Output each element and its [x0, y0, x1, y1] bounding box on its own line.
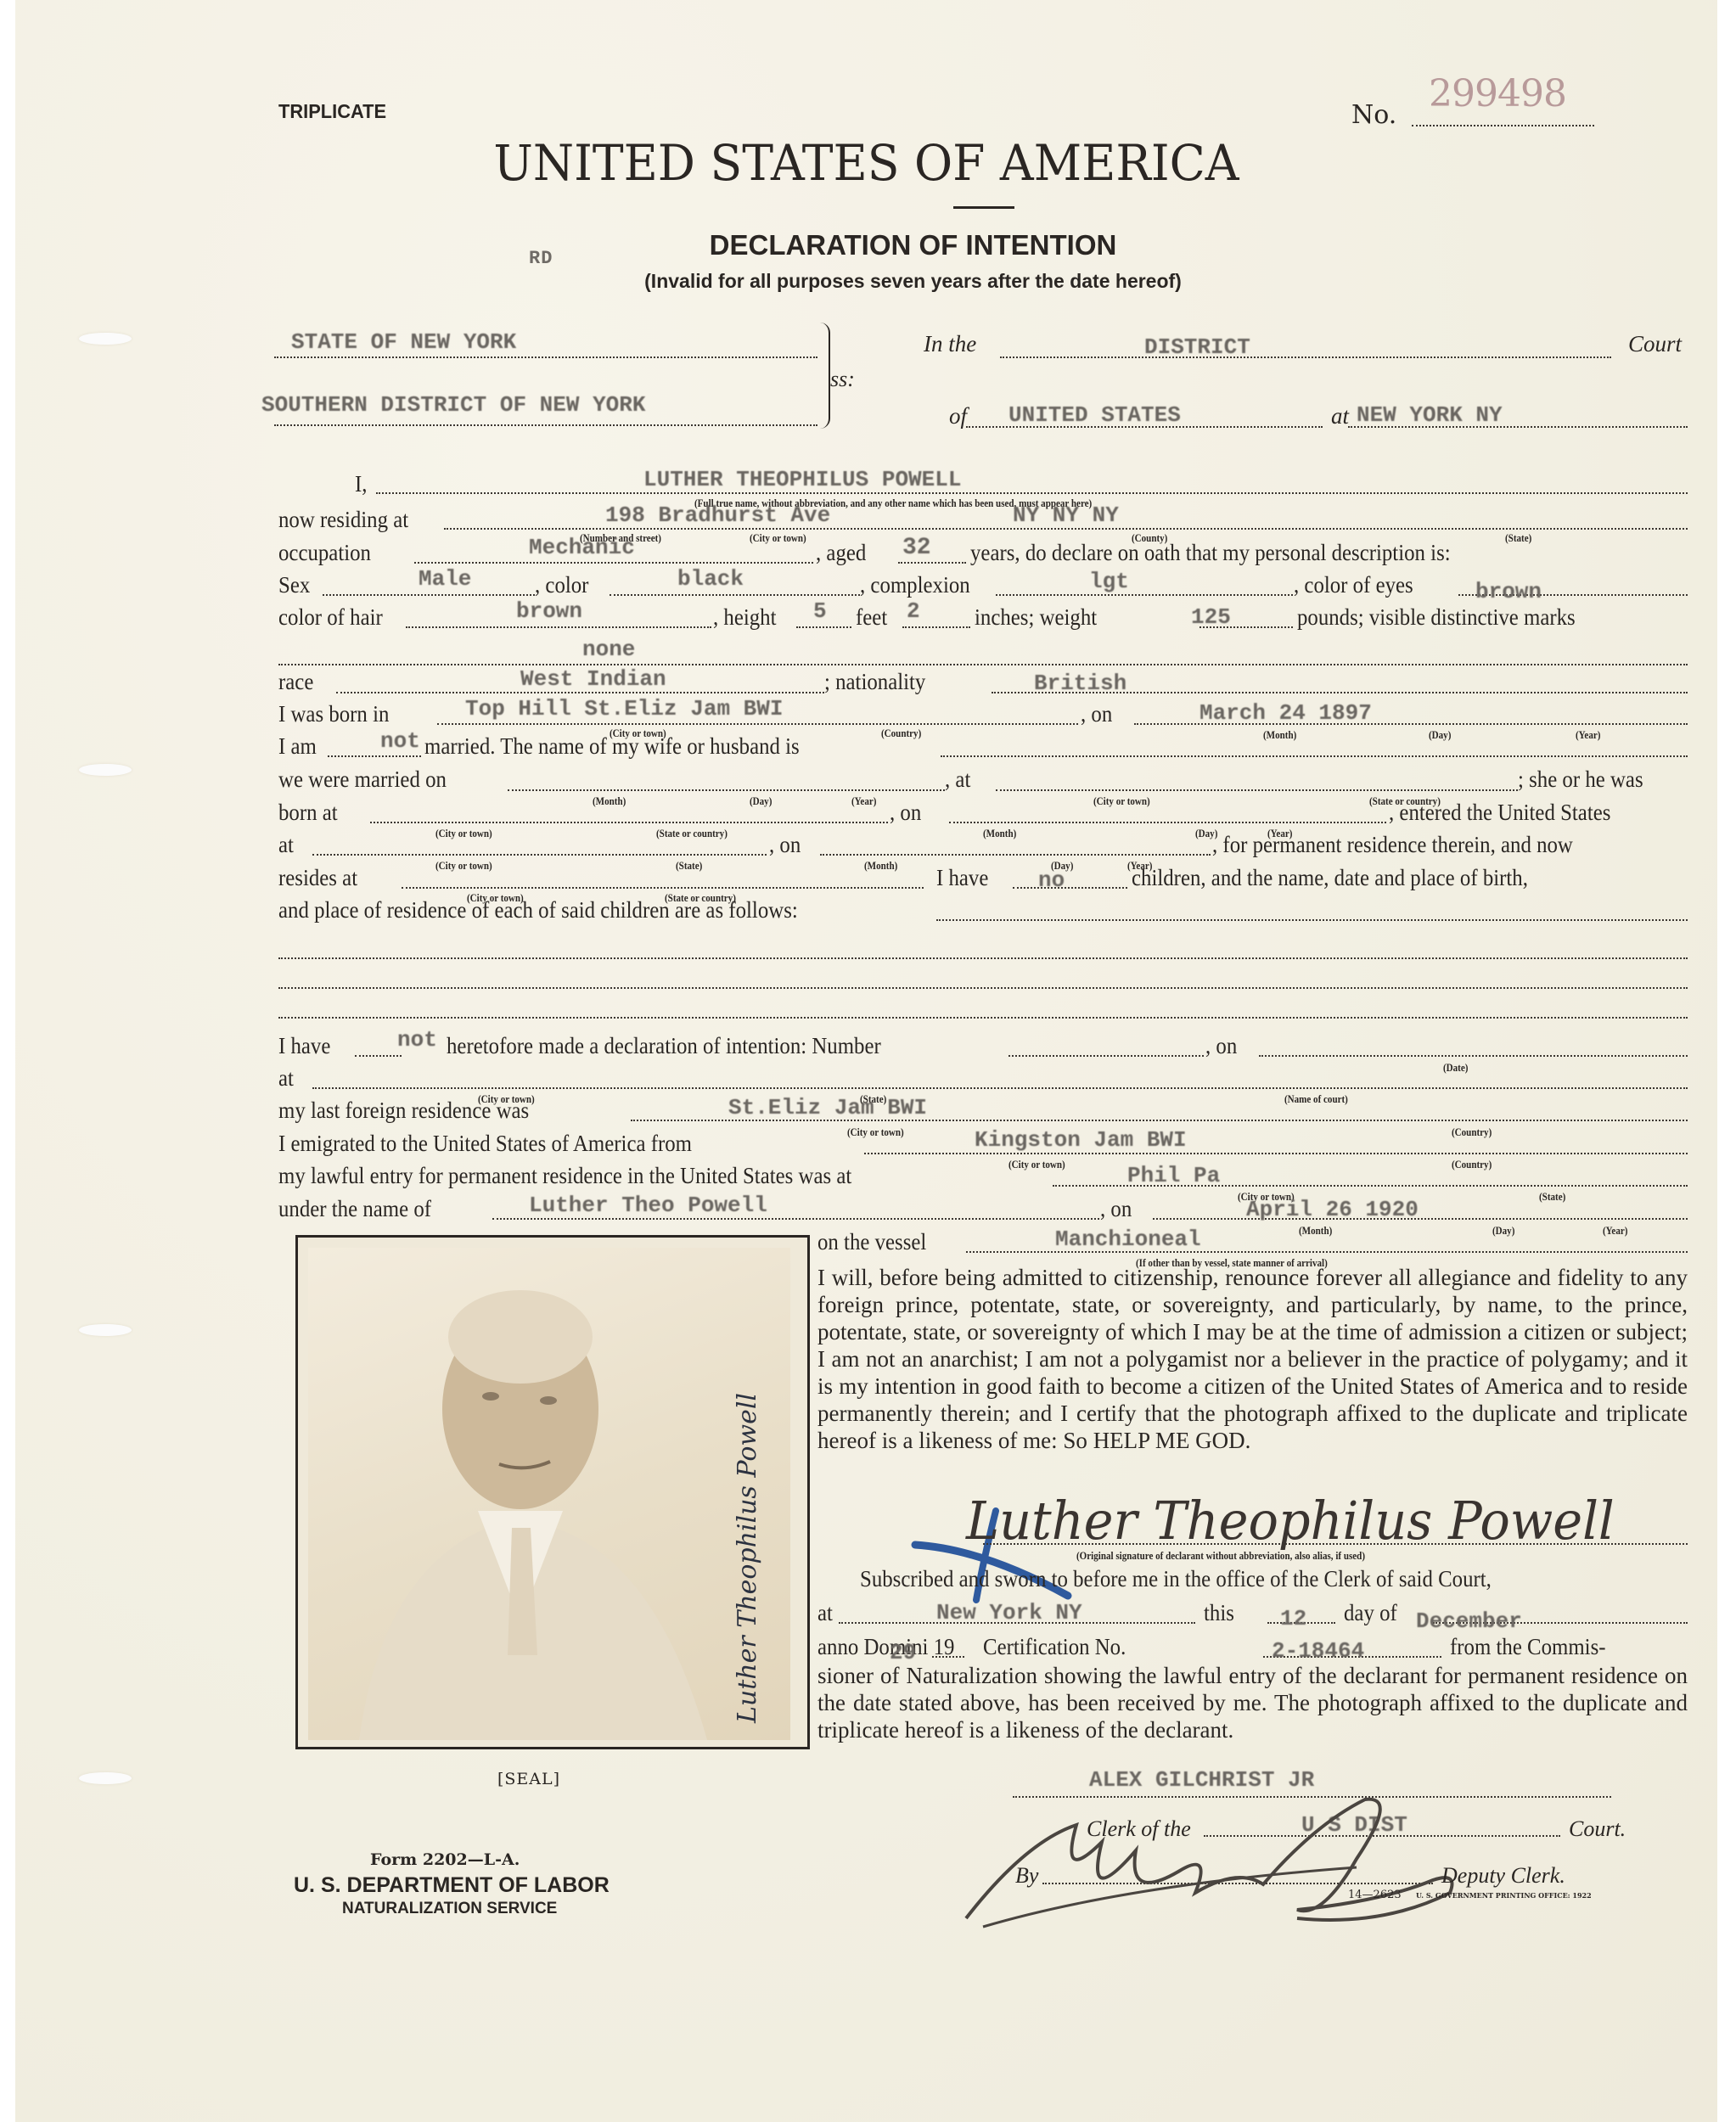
court-label: Court [1628, 331, 1682, 357]
oath-text: I will, before being admitted to citizen… [817, 1265, 1688, 1453]
prior-date-line [1259, 1055, 1688, 1057]
at-label: at [278, 1065, 294, 1092]
am-label: I am [278, 733, 317, 760]
feet-label: feet [856, 604, 887, 631]
caption: (Month) [864, 859, 897, 873]
cert-number: 2-18464 [1272, 1638, 1364, 1664]
caption: (Name of court) [1284, 1092, 1348, 1106]
height-inches: 2 [907, 598, 920, 624]
eyes-value: brown [1475, 579, 1542, 604]
on-label: , on [1081, 701, 1112, 727]
photo-signature: Luther Theophilus Powell [733, 1393, 762, 1723]
caption: (State or country) [656, 827, 728, 840]
occupation-value: Mechanic [529, 535, 635, 560]
married-text: married. The name of my wife or husband … [424, 733, 800, 760]
spouse-born-date-line [949, 822, 1386, 823]
bracket [820, 323, 830, 429]
birthplace-value: Top Hill St.Eliz Jam BWI [465, 696, 783, 721]
punch-hole [79, 1772, 132, 1784]
aged-label: , aged [816, 540, 866, 566]
occupation-line [414, 562, 813, 564]
resides-label: resides at [278, 865, 357, 891]
caption: (Year) [1576, 728, 1600, 742]
clerk-name: ALEX GILCHRIST JR [1089, 1767, 1314, 1793]
caption: (Date) [1443, 1061, 1468, 1075]
complexion-line [996, 594, 1293, 596]
punch-hole [79, 764, 132, 776]
prior-line [355, 1055, 402, 1057]
spouse-born-line [370, 822, 888, 823]
cert-text: from the Commis- [1450, 1634, 1606, 1660]
hair-label: color of hair [278, 604, 383, 631]
vessel-value: Manchioneal [1055, 1227, 1201, 1252]
i-have-label: I have [936, 865, 988, 891]
at-label: at [278, 832, 294, 858]
children-line-2 [278, 957, 1688, 959]
service: NATURALIZATION SERVICE [342, 1900, 557, 1918]
seal-label: [SEAL] [497, 1770, 560, 1788]
sex-value: Male [419, 566, 471, 592]
caption: (City or town) [750, 531, 806, 545]
ss-label: ss: [830, 367, 855, 392]
caption: (Day) [1492, 1224, 1514, 1238]
at-label: at [817, 1600, 833, 1626]
caption: (Month) [1263, 728, 1296, 742]
punch-hole [79, 333, 132, 345]
caption: (Country) [881, 727, 921, 740]
spouse-entry-date-line [820, 854, 1211, 856]
print-code: 14—2623 [1348, 1889, 1402, 1901]
spouse-line [941, 755, 1688, 757]
portrait: Luther Theophilus Powell [308, 1248, 790, 1740]
color-value: black [677, 566, 744, 592]
i-have-label: I have [278, 1033, 330, 1059]
sex-label: Sex [278, 572, 310, 598]
caption: (City or town) [1093, 794, 1150, 808]
oath-paragraph: I will, before being admitted to citizen… [817, 1264, 1688, 1454]
residing-label: now residing at [278, 507, 408, 533]
document-number: 299498 [1429, 72, 1566, 115]
department: U. S. DEPARTMENT OF LABOR [294, 1873, 610, 1898]
caption: (State) [676, 859, 702, 873]
children-count: no [1038, 867, 1065, 893]
at-label: at [1331, 403, 1349, 429]
caption: (City or town) [435, 827, 492, 840]
spouse-resides-line [402, 887, 924, 889]
eyes-label: , color of eyes [1294, 572, 1413, 598]
last-residence-value: St.Eliz Jam BWI [728, 1095, 927, 1120]
sworn-day: 12 [1280, 1606, 1306, 1631]
emigrated-label: I emigrated to the United States of Amer… [278, 1131, 692, 1157]
weight-value: 125 [1191, 604, 1231, 630]
caption: (Country) [1452, 1126, 1492, 1139]
i-label: I, [355, 471, 367, 497]
pounds-label: pounds; visible distinctive marks [1297, 604, 1576, 631]
birthplace-line [437, 723, 1078, 725]
residence-line [444, 528, 1688, 530]
color-label: , color [535, 572, 588, 598]
caption: (State) [1505, 531, 1531, 545]
form-number: Form 2202—L-A. [370, 1850, 520, 1869]
marks-value: none [582, 637, 635, 662]
emigrated-line [864, 1153, 1688, 1154]
married-at-line [996, 789, 1518, 791]
on-label: , on [890, 800, 921, 826]
at-label: , at [945, 766, 970, 793]
heretofore-text: heretofore made a declaration of intenti… [447, 1033, 881, 1059]
born-label: I was born in [278, 701, 389, 727]
married-on-line [508, 789, 945, 791]
emigrated-from-value: Kingston Jam BWI [975, 1127, 1187, 1153]
oath-closing: HELP ME GOD. [1093, 1428, 1251, 1453]
married-status: not [380, 728, 420, 754]
caption: (Month) [593, 794, 626, 808]
copy-label: TRIPLICATE [278, 100, 386, 123]
she-he-label: ; she or he was [1518, 766, 1643, 793]
cert-paragraph: sioner of Naturalization showing the law… [817, 1662, 1688, 1743]
caption: (Year) [851, 794, 876, 808]
married-on-label: we were married on [278, 766, 447, 793]
caption: (Year) [1603, 1224, 1627, 1238]
married-line [328, 755, 421, 757]
inches-label: inches; weight [975, 604, 1097, 631]
day-of-label: day of [1344, 1600, 1397, 1626]
entered-label: , entered the United States [1389, 800, 1610, 826]
last-residence-label: my last foreign residence was [278, 1097, 529, 1124]
inches-line [902, 626, 970, 628]
entry-date-line [1153, 1218, 1688, 1220]
color-line [610, 594, 860, 596]
name-line [376, 492, 1688, 494]
age-value: 32 [902, 535, 931, 561]
race-line [336, 692, 824, 693]
permanent-label: , for permanent residence therein, and n… [1212, 832, 1573, 858]
nationality-label: ; nationality [824, 669, 925, 695]
deputy-label: Deputy Clerk. [1441, 1863, 1565, 1889]
race-value: West Indian [520, 666, 666, 692]
birth-date: March 24 1897 [1199, 700, 1372, 726]
children-text: children, and the name, date and place o… [1132, 865, 1528, 891]
number-label: No. [1351, 100, 1396, 130]
caption: (City or town) [1008, 1158, 1065, 1171]
in-the-label: In the [924, 331, 976, 357]
prior-status: not [397, 1027, 437, 1053]
occupation-label: occupation [278, 540, 371, 566]
oath-text: years, do declare on oath that my person… [970, 540, 1451, 566]
entry-name-line [492, 1218, 1099, 1220]
caption: (State) [1539, 1190, 1565, 1204]
of-label: of [949, 403, 967, 429]
court-of-value: UNITED STATES [1008, 402, 1181, 428]
caption: (Month) [1299, 1224, 1332, 1238]
printer-credit: U. S. GOVERNMENT PRINTING OFFICE: 1922 [1416, 1891, 1592, 1900]
children-line-1 [936, 919, 1688, 921]
prior-at-line [312, 1087, 1688, 1089]
declarant-name: LUTHER THEOPHILUS POWELL [643, 467, 961, 492]
entry-label: my lawful entry for permanent residence … [278, 1163, 851, 1189]
year-line [932, 1656, 964, 1658]
children-line-3 [278, 987, 1688, 989]
district-value: SOUTHERN DISTRICT OF NEW YORK [261, 392, 645, 418]
height-feet: 5 [813, 598, 827, 624]
entry-date-value: April 26 1920 [1246, 1197, 1419, 1222]
entry-port-value: Phil Pa [1127, 1163, 1220, 1188]
form-title: DECLARATION OF INTENTION [15, 229, 1717, 261]
feet-line [796, 626, 851, 628]
court-type-value: DISTRICT [1144, 334, 1250, 360]
caption: (Original signature of declarant without… [1076, 1549, 1365, 1563]
declarant-photo: Luther Theophilus Powell [295, 1235, 810, 1749]
caption: (City or town) [847, 1126, 904, 1139]
on-label: , on [1100, 1196, 1132, 1222]
title-divider [953, 206, 1014, 209]
vessel-label: on the vessel [817, 1229, 926, 1255]
on-label: , on [1205, 1033, 1237, 1059]
residence-street: 198 Bradhurst Ave [605, 502, 830, 528]
on-label: , on [769, 832, 801, 858]
caption: (Month) [983, 827, 1016, 840]
sex-line [323, 594, 535, 596]
sworn-month: December [1416, 1608, 1522, 1634]
entry-name-label: under the name of [278, 1196, 431, 1222]
born-at-label: born at [278, 800, 338, 826]
children-follows: and place of residence of each of said c… [278, 897, 798, 923]
complexion-value: lgt [1089, 569, 1129, 594]
cert-label: Certification No. [983, 1634, 1126, 1660]
sworn-place: New York NY [936, 1600, 1082, 1625]
form-subtitle: (Invalid for all purposes seven years af… [15, 270, 1717, 293]
prior-number-line [1008, 1055, 1204, 1057]
age-line [898, 562, 966, 564]
caption: (Country) [1452, 1158, 1492, 1171]
height-label: , height [713, 604, 777, 631]
spouse-entry-line [312, 854, 767, 856]
children-count-line [1013, 887, 1127, 889]
court-type-line [1000, 356, 1611, 358]
nationality-value: British [1034, 671, 1126, 696]
signature-line [983, 1543, 1688, 1545]
caption: (City or town) [435, 859, 492, 873]
residence-city: NY NY NY [1013, 502, 1119, 528]
sworn-intro: Subscribed and sworn to before me in the… [860, 1566, 1492, 1592]
court-label: Court. [1569, 1816, 1626, 1842]
state-value: STATE OF NEW YORK [291, 329, 516, 355]
country-title: UNITED STATES OF AMERICA [58, 134, 1675, 192]
caption: (Day) [750, 794, 772, 808]
state-line [274, 356, 817, 358]
this-label: this [1204, 1600, 1234, 1626]
hair-line [406, 626, 711, 628]
entry-name-value: Luther Theo Powell [529, 1193, 767, 1218]
court-at-value: NEW YORK NY [1357, 402, 1503, 428]
caption: (Day) [1429, 728, 1451, 742]
document-page: TRIPLICATE No. 299498 UNITED STATES OF A… [15, 0, 1717, 2122]
complexion-label: , complexion [860, 572, 970, 598]
number-line [1412, 125, 1594, 126]
district-line [274, 424, 817, 426]
portrait-figure-icon [308, 1248, 790, 1740]
children-line-4 [278, 1017, 1688, 1019]
race-label: race [278, 669, 313, 695]
marks-line [278, 664, 1688, 665]
punch-hole [79, 1324, 132, 1336]
hair-value: brown [516, 598, 582, 624]
